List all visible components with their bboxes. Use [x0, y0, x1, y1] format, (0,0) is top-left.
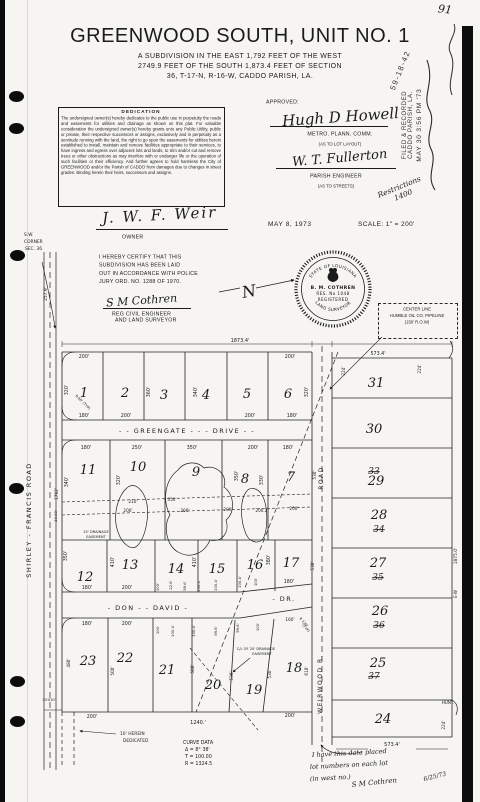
lot-number: 30 — [366, 422, 383, 437]
dimension-label: 410' — [110, 557, 116, 567]
north-arrow-icon — [219, 280, 294, 292]
dimension-label: 15' DRAINAGE — [83, 530, 109, 534]
dimension-label: 480' — [66, 658, 71, 667]
dimension-label: 224' — [341, 366, 346, 375]
dimension-label: 30'X30' — [42, 698, 55, 702]
dimension-label: 200' — [122, 585, 132, 591]
lot-number: 11 — [80, 463, 97, 478]
dimension-label: 100.4' — [237, 576, 242, 588]
handwritten-note: 6/25/73 — [423, 771, 447, 783]
note-label: DEDICATED — [123, 738, 149, 744]
dimension-label: 224' — [441, 720, 446, 729]
dimension-label: 350' — [234, 471, 240, 481]
lot-number: 31 — [368, 376, 385, 391]
lot-number: 15 — [209, 562, 226, 577]
dimension-label: 257.9' — [43, 287, 49, 301]
dimension-label: 200' — [121, 413, 131, 419]
dimension-label: 100.4' — [191, 625, 196, 637]
surveyor-seal: STATE OF LOUISIANA LAND SURVEYOR B. M. C… — [296, 252, 370, 326]
scanned-plat-document: 91 GREENWOOD SOUTH, UNIT NO. 1 A SUBDIVI… — [0, 0, 480, 802]
seal-registration-number: RES. No 1048 — [316, 291, 349, 296]
dimension-label: 200' — [87, 714, 97, 720]
lot-number: 17 — [283, 556, 300, 571]
dimension-label: 100.4' — [196, 580, 201, 592]
dimension-label: 200' — [289, 506, 298, 511]
lot-number: 14 — [168, 562, 185, 577]
lot-number: 23 — [79, 654, 97, 669]
dimension-label: 100.4' — [170, 625, 175, 637]
dimension-label: 350' — [167, 497, 176, 502]
dimension-label: 180' — [287, 413, 297, 419]
dimension-label: 320' — [116, 475, 122, 485]
pelican-icon — [328, 268, 339, 282]
dimension-label: 530' — [310, 561, 315, 570]
lot-number: 2 — [120, 386, 129, 401]
dimension-label: 410' — [192, 557, 198, 567]
dimension-label: 99.6' — [235, 623, 240, 633]
dimension-label: 100' — [255, 623, 260, 631]
lot-number: 13 — [122, 558, 139, 573]
dimension-label: 360' — [146, 387, 152, 397]
dimension-label: 200' — [248, 445, 258, 451]
seal-registered-label: REGISTERED — [318, 297, 349, 302]
lot-number: 26 — [371, 604, 389, 619]
dimension-label: C/L OF 20' DRAINAGE — [237, 647, 276, 651]
dimension-label: 100' — [155, 583, 160, 591]
dimension-label: 180' — [283, 445, 293, 451]
dimension-label: 200' — [79, 354, 89, 360]
lot-number: 19 — [246, 683, 263, 698]
dimension-label: 100' — [253, 578, 258, 586]
dimension-label: 380' — [266, 555, 272, 565]
dimension-label: 180' — [82, 585, 92, 591]
street-label-weirwood-road: ROAD — [318, 466, 325, 490]
dimension-label: 200' — [180, 508, 189, 513]
dimension-label: 350' — [63, 551, 69, 561]
handwritten-note: lot numbers on each lot — [310, 759, 389, 771]
dimension-label: 530' — [229, 671, 234, 680]
dimension-label: 320' — [304, 387, 310, 397]
dimension-label: 200.2' — [255, 508, 268, 513]
edge-signature-scrawl — [449, 24, 455, 95]
dimension-label: EASEMENT — [86, 535, 106, 539]
lot-number: 5 — [243, 387, 251, 402]
dimension-label: 250' — [132, 445, 142, 451]
plat-map: STATE OF LOUISIANA LAND SURVEYOR B. M. C… — [0, 0, 480, 802]
lot-number: 9 — [192, 465, 200, 480]
dimension-label: 340' — [193, 387, 199, 397]
lot-number: 24 — [374, 712, 392, 727]
struck-lot-number: 34 — [373, 525, 385, 535]
dimension-label: 530' — [312, 470, 317, 479]
dimension-label: 330' — [259, 475, 265, 485]
note-label: Δ = 8° 38' — [185, 747, 210, 753]
handwritten-note: (in west no.) — [310, 773, 352, 783]
lot-number: 10 — [130, 460, 147, 475]
dimension-label: 30.00' — [53, 510, 58, 522]
lot-number: 20 — [204, 678, 222, 693]
dimension-label: 200' — [285, 713, 295, 719]
dimension-label: 180' — [284, 579, 294, 585]
note-label: R = 1324.5 — [185, 761, 212, 767]
dimension-label: 573.4' — [370, 351, 385, 357]
street-label-don-david: - DON - - DAVID - — [108, 604, 189, 612]
struck-lot-number: 33 — [368, 467, 380, 477]
dimension-label: 200' — [245, 413, 255, 419]
lot-number: 6 — [284, 387, 292, 402]
dimension-label: 500' — [110, 666, 115, 675]
lot-number: 16 — [247, 558, 264, 573]
note-label: 10' HEREIN — [120, 731, 145, 737]
street-label-don-david-dr: - DR. — [272, 595, 295, 603]
dimension-label: 160' — [285, 617, 294, 622]
lot-number: 28 — [370, 508, 388, 523]
lot-number: 18 — [286, 661, 303, 676]
dimension-label: HUNT. — [442, 700, 454, 705]
dimension-label: 180' — [81, 445, 91, 451]
dimension-label: 22.6' — [168, 580, 173, 590]
dimension-label: 200' — [285, 354, 295, 360]
dimension-label: 320' — [64, 385, 70, 395]
dimension-label: EASEMENT — [252, 652, 272, 656]
dimension-label: 200' — [122, 621, 132, 627]
dimension-label: 1240.' — [190, 720, 206, 726]
lot-number: 25 — [369, 656, 387, 671]
lot-number: 3 — [160, 388, 168, 403]
lot-number: 8 — [241, 472, 249, 487]
handwritten-note: S M Cothren — [351, 776, 397, 789]
dimension-label: 100.4' — [213, 579, 218, 591]
note-label: CORNER — [24, 239, 43, 245]
north-arrow-letter: N — [239, 281, 258, 302]
dimension-label: 200' — [223, 507, 232, 512]
dimension-label: 1875.0' — [453, 548, 459, 565]
note-label: CURVE DATA — [183, 740, 214, 746]
dimension-label: 180' — [82, 621, 92, 627]
lot-number: 27 — [369, 556, 387, 571]
dimension-label: 530' — [267, 669, 272, 678]
lot-number: 12 — [77, 570, 94, 585]
dimension-label: 200' — [123, 508, 132, 513]
street-label-weirwood-r: WEIRWOOD R. — [317, 654, 324, 714]
dimension-label: E-W — [453, 590, 458, 598]
dimension-label: 340' — [64, 477, 70, 487]
lot-number: 21 — [158, 663, 176, 678]
dimension-label: 500' — [190, 664, 195, 673]
dimension-label: 610' — [304, 666, 309, 675]
struck-lot-number: 36 — [373, 621, 385, 631]
lot-number: 4 — [201, 388, 210, 403]
dimension-label: 99.6' — [213, 626, 218, 636]
dimension-label: 350' — [187, 445, 197, 451]
dimension-label: 224' — [417, 364, 422, 373]
lot-number: 22 — [116, 651, 134, 666]
dimension-label: 210' — [128, 499, 137, 504]
dimension-label: 1873.4' — [231, 338, 250, 344]
dimension-label: 99.6' — [182, 581, 187, 591]
note-label: SEC. 36 — [25, 246, 42, 252]
note-label: S.W. — [24, 232, 33, 238]
struck-lot-number: 37 — [368, 672, 380, 682]
street-label-greengate-drive: - - GREENGATE - - - DRIVE - - — [119, 427, 255, 435]
note-label: T = 100.00 — [184, 754, 212, 760]
dimension-label: 180' — [79, 413, 89, 419]
dimension-label: 100' — [155, 626, 160, 634]
street-label-shirley-francis-road: SHIRLEY - FRANCIS ROAD — [25, 462, 33, 578]
struck-lot-number: 35 — [372, 573, 384, 583]
dimension-label: 1792' — [54, 488, 59, 500]
lot-number: 7 — [287, 470, 296, 485]
